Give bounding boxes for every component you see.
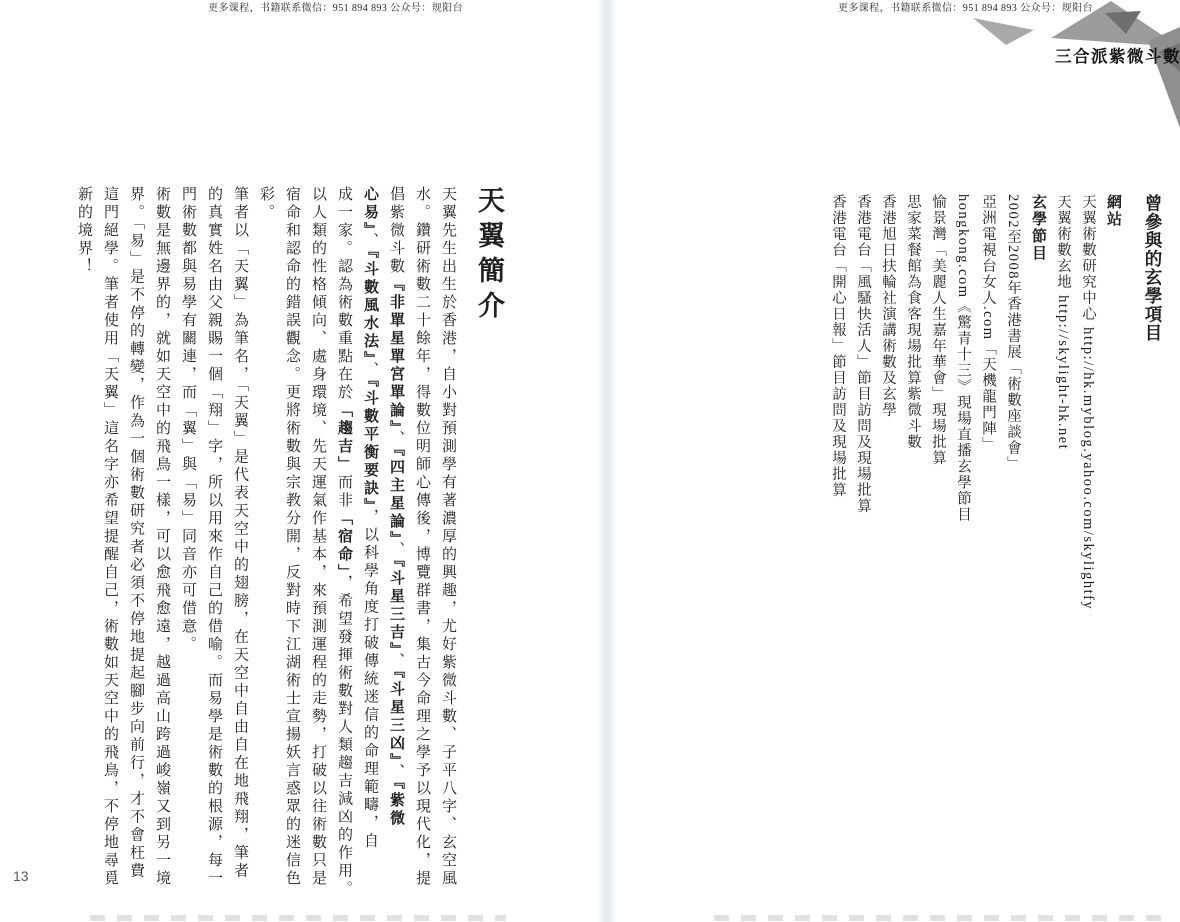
text-column: 的真實姓名由父親賜一個「翔」字，所以用來作自己的借喻。而易學是術數的根源，每一	[201, 186, 227, 922]
school-name-label: 三合派紫微斗數	[1055, 43, 1180, 67]
text-column: 這門絕學。筆者使用「天翼」這名字亦希望提醒自己，術數如天空中的飛鳥，不停地尋覓	[97, 186, 123, 922]
list-item: 亞洲電視台女人.com「天機龍門陣」	[975, 194, 1000, 636]
text-column: 門術數都與易學有關連，而「翼」與「易」同音亦可借意。	[175, 186, 201, 922]
text-column: 新的境界！	[71, 186, 97, 922]
list-item: 香港電台「風騷快活人」節目訪問及現場批算	[850, 194, 875, 636]
text-column: 以人類的性格傾向、處身環境、先天運氣作基本，來預測運程的走勢，打破以往術數只是	[305, 186, 331, 922]
text-column: 成一家。認為術數重點在於「趨吉」而非「宿命」，希望發揮術數對人類趨吉減凶的作用。	[331, 186, 357, 922]
origami-triangles-logo-icon	[948, 0, 1180, 134]
text-column: 界。「易」是不停的轉變，作為一個術數研究者必須不停地提起腳步向前行，才不會枉費	[123, 186, 149, 922]
page-number: 13	[13, 868, 29, 884]
list-item: hongkong.com《驚青十三》現場直播玄學節目	[950, 194, 975, 636]
text-column: 心易』、『斗數風水法』、『斗數平衡要訣』，以科學角度打破傳統迷信的命理範疇，自	[357, 186, 383, 922]
next-line-cutoff-right	[714, 915, 1166, 921]
text-column: 彩。	[253, 186, 279, 922]
list-item: 思家菜餐館為食客現場批算紫微斗數	[900, 194, 925, 636]
section-heading: 網站	[1100, 194, 1125, 636]
list-item: 天翼術數玄地 http://skylight-hk.net	[1050, 194, 1075, 636]
list-item: 香港旭日扶輪社演講術數及玄學	[875, 194, 900, 636]
text-column: 宿命和認命的錯誤觀念。更將術數與宗教分開，反對時下江湖術士宣揚妖言惑眾的迷信色	[279, 186, 305, 922]
text-column: 筆者以「天翼」為筆名，「天翼」是代表天空中的翅膀，在天空中自由自在地飛翔，筆者	[227, 186, 253, 922]
left-page-title: 天翼簡介	[470, 186, 508, 922]
text-column: 天翼先生出生於香港，自小對預測學有著濃厚的興趣，尤好紫微斗數、子平八字、玄空風	[435, 186, 461, 922]
text-column: 水。鑽研術數二十餘年，得數位明師心傳後，博覽群書，集古今命理之學予以現代化，提	[409, 186, 435, 922]
book-spread: 更多课程，书籍联系微信：951 894 893 公众号：规阳台 更多课程，书籍联…	[0, 0, 1180, 922]
right-page-text: 曾參與的玄學項目 網站天翼術數研究中心 http://hk.myblog.yah…	[706, 194, 1168, 636]
header-stamp-left: 更多课程，书籍联系微信：951 894 893 公众号：规阳台	[208, 3, 463, 14]
list-item: 香港電台「開心日報」節目訪問及現場批算	[825, 194, 850, 636]
next-line-cutoff-left	[90, 915, 506, 921]
text-column: 術數是無邊界的，就如天空中的飛鳥一樣，可以愈飛愈遠，越過高山跨過峻嶺又到另一境	[149, 186, 175, 922]
right-page-title: 曾參與的玄學項目	[1138, 194, 1168, 636]
list-item: 天翼術數研究中心 http://hk.myblog.yahoo.com/skyl…	[1075, 194, 1100, 636]
list-item: 2002至2008年香港書展「術數座談會」	[1000, 194, 1025, 636]
page-gutter	[597, 0, 617, 922]
list-item: 愉景灣「美麗人生嘉年華會」現場批算	[925, 194, 950, 636]
left-page-text: 天翼簡介 天翼先生出生於香港，自小對預測學有著濃厚的興趣，尤好紫微斗數、子平八字…	[56, 186, 508, 922]
text-column: 倡紫微斗數『非單星單宮單論』、『四主星論』、『斗星三吉』、『斗星三凶』、『紫微	[383, 186, 409, 922]
section-heading: 玄學節目	[1025, 194, 1050, 636]
